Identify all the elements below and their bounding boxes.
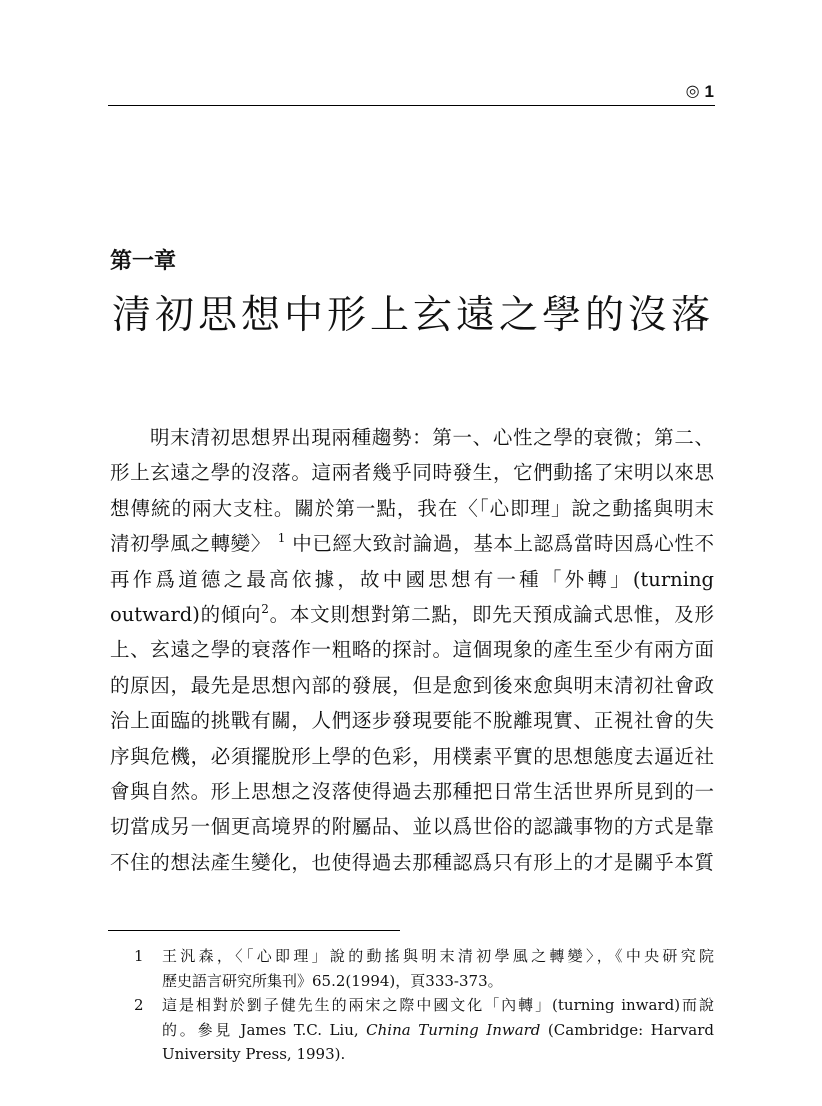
body-text-fragment: 中已經大致討論過，基本上認爲當時因爲心性不 [292, 532, 714, 555]
footnote-1: 1 王汎森，〈「心即理」說的動搖與明末清初學風之轉變〉，《中央研究院 歷史語言研… [128, 944, 714, 993]
chapter-title: 清初思想中形上玄遠之學的沒落 [112, 284, 714, 340]
body-line: 會與自然。形上思想之沒落使得過去那種把日常生活世界所見到的一 [110, 774, 714, 809]
footnote-line: 的。參見 James T.C. Liu, China Turning Inwar… [162, 1018, 714, 1043]
footnote-line: 歷史語言研究所集刊》65.2(1994)，頁333-373。 [162, 969, 714, 994]
footnote-separator [108, 930, 400, 931]
bullseye-icon: ◎ [686, 84, 700, 100]
footnote-ref-1[interactable]: 1 [278, 531, 286, 545]
body-line: 上、玄遠之學的衰落作一粗略的探討。這個現象的產生至少有兩方面 [110, 632, 714, 667]
body-paragraph: 明末清初思想界出現兩種趨勢：第一、心性之學的衰微；第二、 形上玄遠之學的沒落。這… [110, 420, 714, 880]
body-text-fragment: 。本文則想對第二點，即先天預成論式思惟，及形 [269, 603, 714, 626]
body-line: 治上面臨的挑戰有關，人們逐步發現要能不脫離現實、正視社會的失 [110, 703, 714, 738]
body-line: 形上玄遠之學的沒落。這兩者幾乎同時發生，它們動搖了宋明以來思 [110, 455, 714, 490]
page-number: ◎ 1 [686, 82, 714, 102]
body-line: 序與危機，必須擺脫形上學的色彩，用樸素平實的思想態度去逼近社 [110, 739, 714, 774]
footnote-body: 王汎森，〈「心即理」說的動搖與明末清初學風之轉變〉，《中央研究院 歷史語言研究所… [162, 944, 714, 993]
footnote-number: 2 [128, 993, 162, 1067]
body-line: 再作爲道德之最高依據，故中國思想有一種「外轉」(turning [110, 562, 714, 597]
footnote-ref-2[interactable]: 2 [261, 602, 269, 616]
footnote-line: 王汎森，〈「心即理」說的動搖與明末清初學風之轉變〉，《中央研究院 [162, 944, 714, 969]
footnotes: 1 王汎森，〈「心即理」說的動搖與明末清初學風之轉變〉，《中央研究院 歷史語言研… [128, 944, 714, 1067]
page-number-value: 1 [705, 82, 714, 102]
footnote-line: University Press, 1993). [162, 1042, 714, 1067]
body-text-fragment: outward)的傾向 [110, 603, 261, 626]
footnote-text-fragment: 的。參見 James T.C. Liu, [162, 1021, 366, 1039]
footnote-2: 2 這是相對於劉子健先生的兩宋之際中國文化「內轉」(turning inward… [128, 993, 714, 1067]
body-line: outward)的傾向2。本文則想對第二點，即先天預成論式思惟，及形 [110, 597, 714, 632]
header-rule [108, 105, 715, 106]
body-text-fragment: 清初學風之轉變〉 [110, 532, 271, 555]
body-line: 不住的想法產生變化，也使得過去那種認爲只有形上的才是關乎本質 [110, 845, 714, 880]
footnote-number: 1 [128, 944, 162, 993]
body-line: 清初學風之轉變〉 1 中已經大致討論過，基本上認爲當時因爲心性不 [110, 526, 714, 561]
body-line: 明末清初思想界出現兩種趨勢：第一、心性之學的衰微；第二、 [110, 420, 714, 455]
body-line: 的原因，最先是思想內部的發展，但是愈到後來愈與明末清初社會政 [110, 668, 714, 703]
footnote-line: 這是相對於劉子健先生的兩宋之際中國文化「內轉」(turning inward)而… [162, 993, 714, 1018]
footnote-body: 這是相對於劉子健先生的兩宋之際中國文化「內轉」(turning inward)而… [162, 993, 714, 1067]
body-line: 想傳統的兩大支柱。關於第一點，我在〈「心即理」說之動搖與明末 [110, 491, 714, 526]
chapter-label: 第一章 [110, 244, 176, 275]
body-line: 切當成另一個更高境界的附屬品、並以爲世俗的認識事物的方式是靠 [110, 809, 714, 844]
footnote-text-fragment: (Cambridge: Harvard [540, 1021, 714, 1039]
book-title: China Turning Inward [366, 1021, 540, 1039]
